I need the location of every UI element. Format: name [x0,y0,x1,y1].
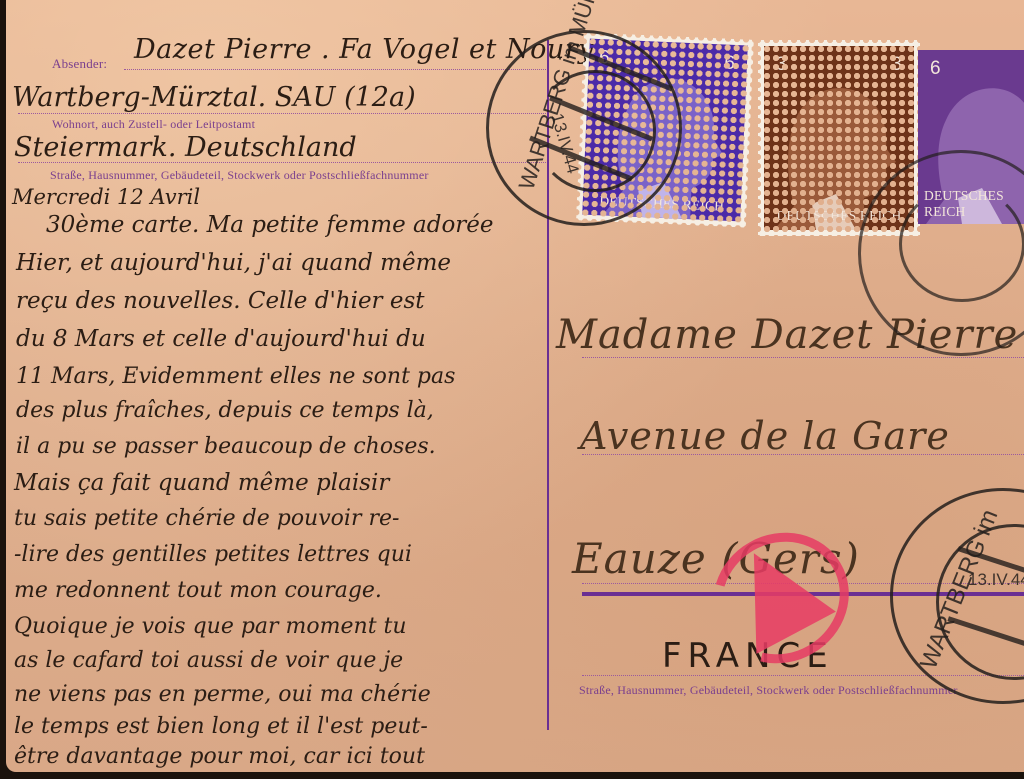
message-line: reçu des nouvelles. Celle d'hier est [16,288,425,314]
message-line: du 8 Mars et celle d'aujourd'hui du [16,326,426,352]
message-line: ne viens pas en perme, oui ma chérie [14,682,431,707]
message-line: 11 Mars, Evidemment elles ne sont pas [16,364,455,389]
stamp-value-right: 3 [891,54,902,76]
message-line: me redonnent tout mon courage. [14,578,382,603]
sender-label: Absender: [52,56,107,72]
message-line: as le cafard toi aussi de voir que je [14,648,403,673]
message-line: être davantage pour moi, car ici tout [14,744,425,769]
message-line: tu sais petite chérie de pouvoir re- [14,506,399,531]
message-line: le temps est bien long et il l'est peut- [14,714,428,739]
recipient-line-2: Avenue de la Gare [580,414,950,458]
stamp-value-left: 6 [930,58,941,80]
message-line: -lire des gentilles petites lettres qui [14,542,412,567]
message-line: Mais ça fait quand même plaisir [14,470,389,496]
sender-dotted-line [124,69,548,70]
sender-line-3: Steiermark. Deutschland [14,132,357,163]
street-label-top: Straße, Hausnummer, Gebäudeteil, Stockwe… [50,168,429,183]
message-line: Hier, et aujourd'hui, j'ai quand même [16,250,451,276]
message-line: Mercredi 12 Avril [12,185,200,209]
message-line: il a pu se passer beaucoup de choses. [16,434,436,459]
message-line: des plus fraîches, depuis ce temps là, [16,398,434,423]
postmark-inner-ring [899,186,1024,302]
street-label-bottom: Straße, Hausnummer, Gebäudeteil, Stockwe… [579,683,958,698]
residence-dotted-line [18,113,548,114]
message-line: Quoique je vois que par moment tu [14,614,407,639]
message-line: 30ème carte. Ma petite femme adorée [46,212,494,238]
sender-line-2: Wartberg-Mürztal. SAU (12a) [12,82,416,113]
stamp-value-right: 6 [724,53,736,75]
stamp-value-left: 3 [776,54,787,76]
residence-label: Wohnort, auch Zustell- oder Leitpostamt [52,117,255,132]
postmark-date: 13.IV.44 [968,570,1024,590]
postcard: Absender: Wohnort, auch Zustell- oder Le… [6,0,1024,772]
